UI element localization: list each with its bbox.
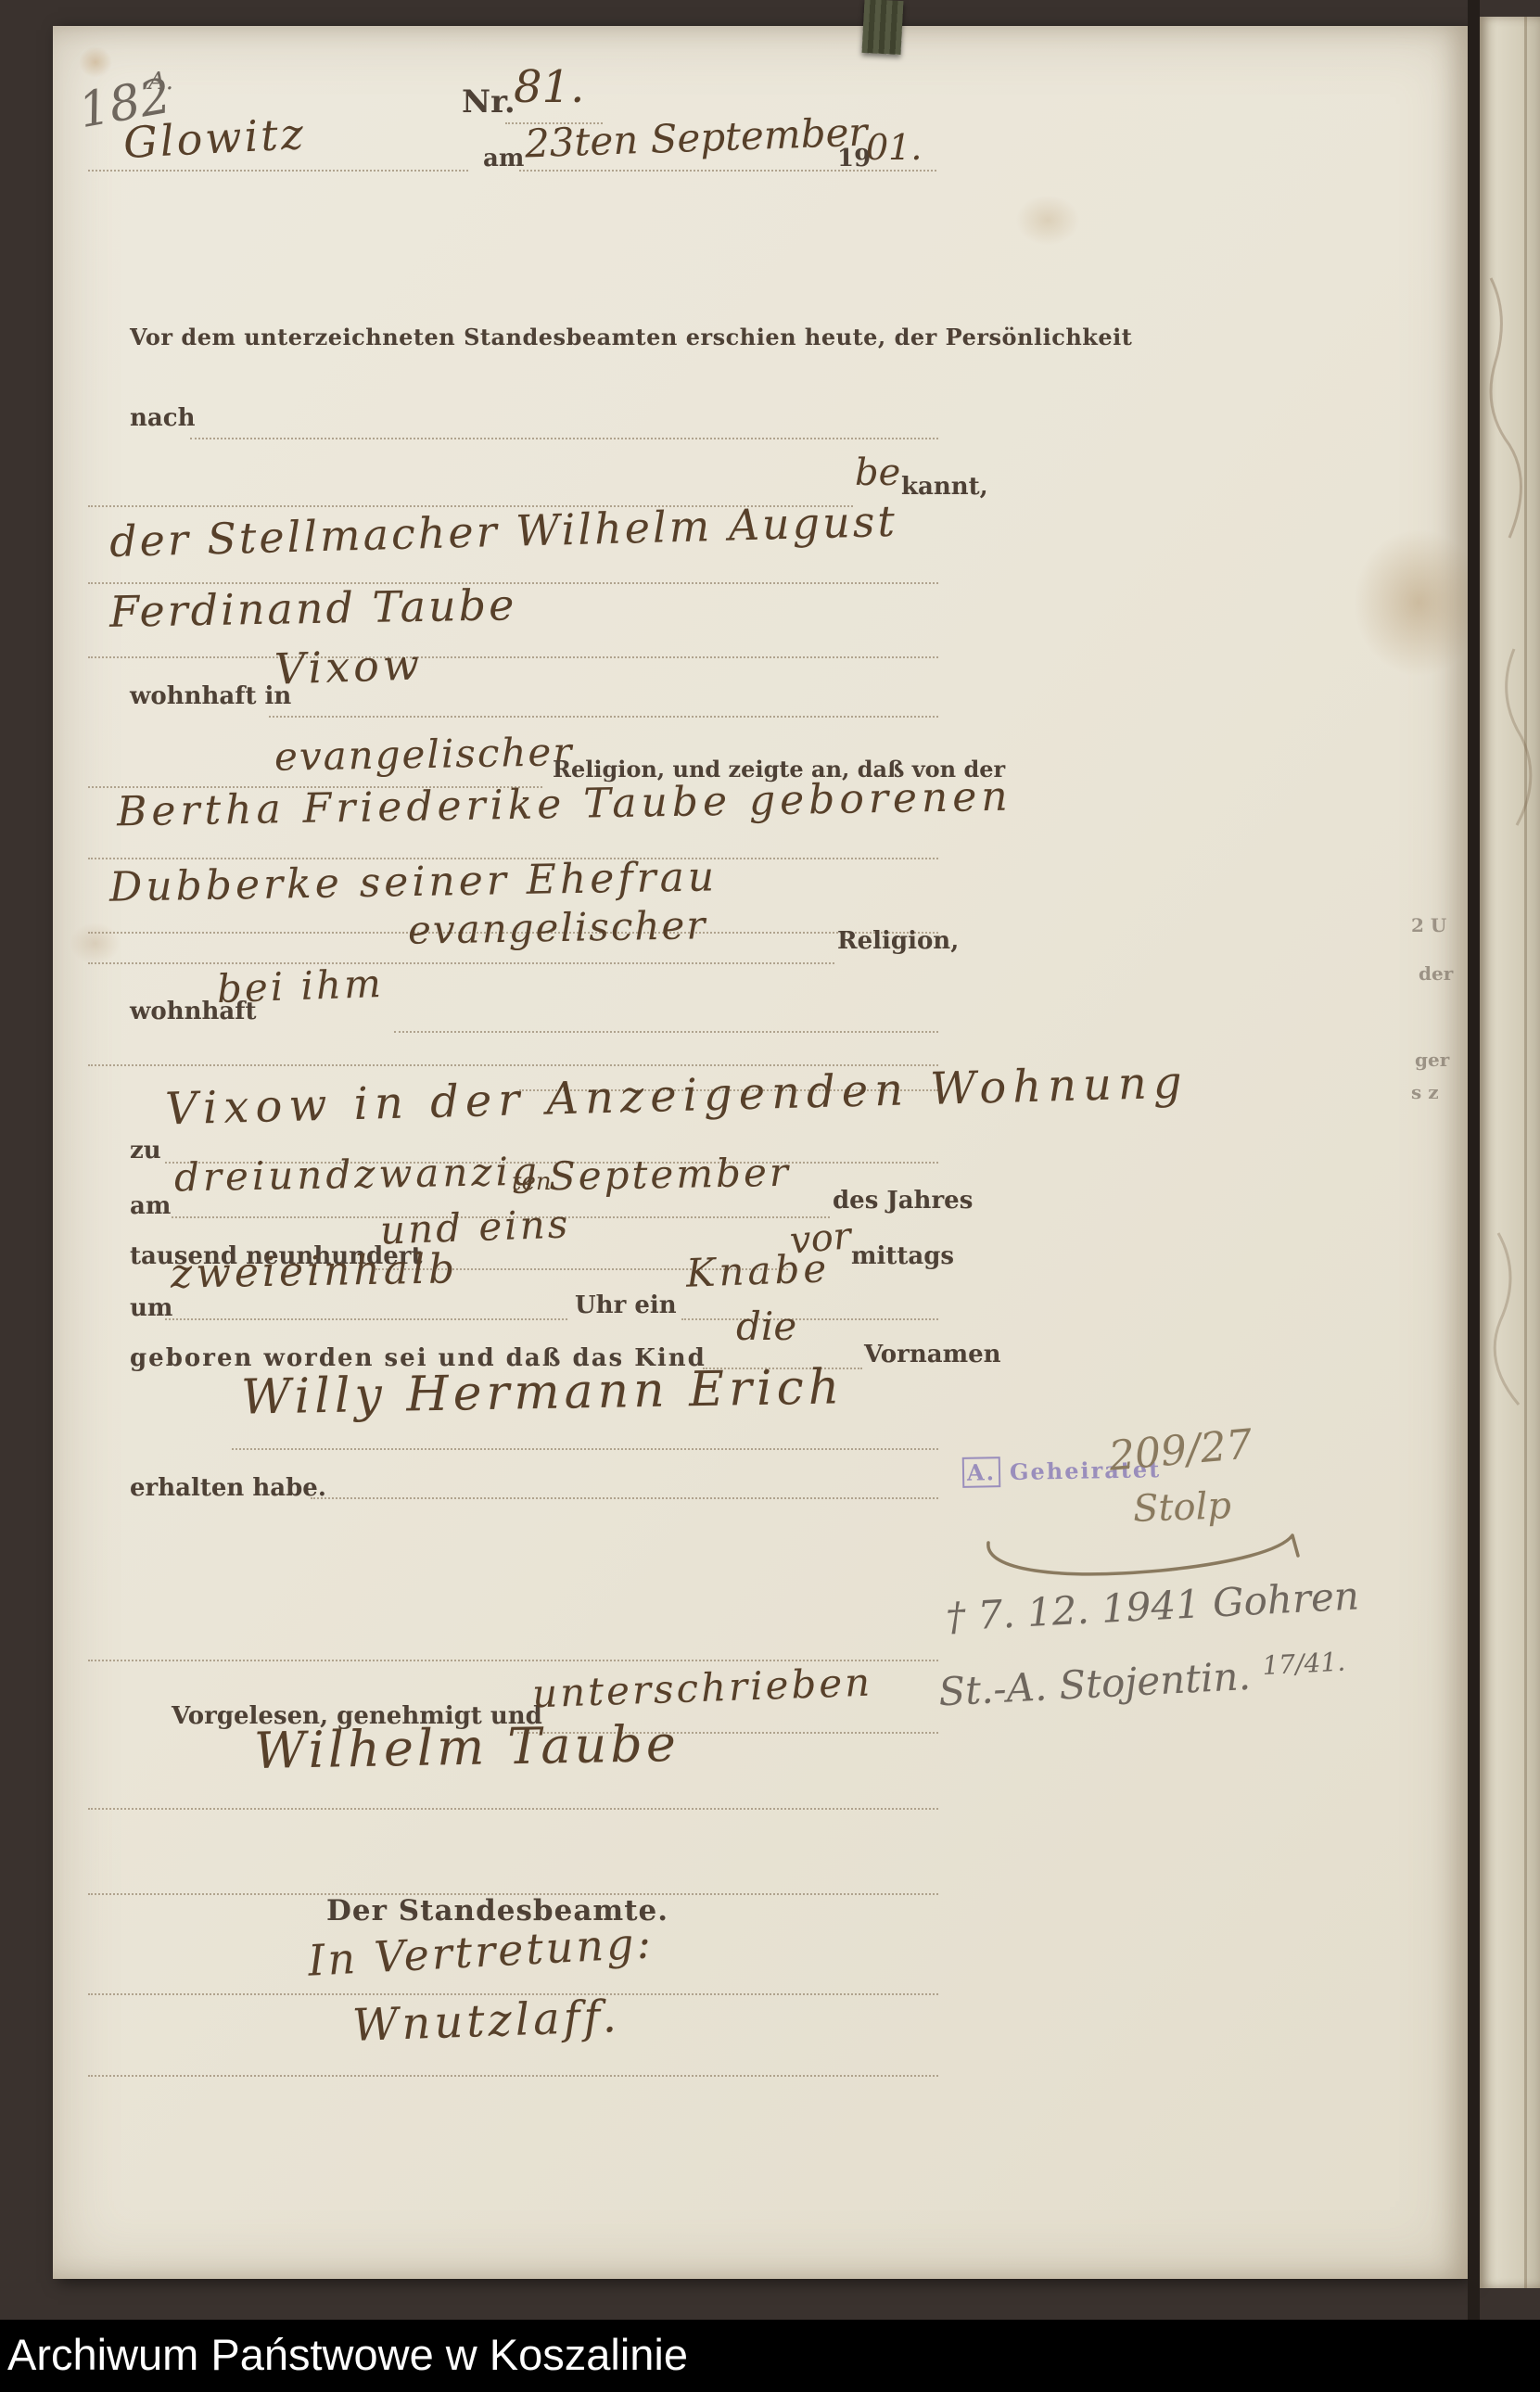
dotted-line xyxy=(165,1318,567,1320)
religion1-value: evangelischer xyxy=(274,732,574,777)
date-value: 23ten September xyxy=(524,113,868,164)
scanned-registry-page: A. 182 Nr. 81. Glowitz am 23ten Septembe… xyxy=(0,0,1540,2392)
place-value: Glowitz xyxy=(122,112,307,164)
record-number-value: 81. xyxy=(514,65,584,109)
um-label: um xyxy=(130,1296,172,1320)
intro-line: Vor dem unterzeichneten Standesbeamten e… xyxy=(130,326,1132,349)
bleed-fragment: 2 U xyxy=(1411,916,1446,935)
marriage-ref: 209/27 xyxy=(1107,1424,1254,1477)
nach-label: nach xyxy=(130,406,195,430)
record-number-label: Nr. xyxy=(462,86,515,118)
residence2-value: bei ihm xyxy=(216,964,384,1009)
page-gutter-shadow xyxy=(1468,0,1480,2322)
closing-handwritten: unterschrieben xyxy=(531,1663,872,1714)
zu-label: zu xyxy=(130,1139,161,1163)
bekannt-handwritten: be xyxy=(855,454,900,491)
mittags-printed: mittags xyxy=(851,1244,954,1268)
dotted-line xyxy=(88,656,938,658)
stamp-prefix: A. xyxy=(962,1457,1001,1488)
dotted-line xyxy=(681,1318,938,1320)
child-names-value: Willy Hermann Erich xyxy=(241,1363,845,1421)
dotted-line xyxy=(88,170,468,172)
bleed-fragment: s z xyxy=(1411,1083,1439,1101)
dotted-line xyxy=(88,2075,938,2077)
birth-day-value: dreiundzwanzig xyxy=(174,1152,541,1198)
am-label: am xyxy=(483,146,524,171)
dotted-line xyxy=(232,1448,938,1450)
residence-value: Vixow xyxy=(274,643,424,691)
declarant-line2: Ferdinand Taube xyxy=(109,583,517,633)
dotted-line xyxy=(88,962,834,964)
death-ref: 17/41. xyxy=(1262,1647,1346,1682)
dotted-line xyxy=(311,1497,938,1499)
birth-time-value: zweieinhalb xyxy=(171,1249,459,1294)
birth-day-suffix: ten xyxy=(512,1170,552,1194)
declarant-signature: Wilhelm Taube xyxy=(254,1719,681,1776)
dotted-line xyxy=(519,170,936,172)
am2-label: am xyxy=(130,1194,171,1218)
dotted-line xyxy=(190,438,938,439)
die-hand: die xyxy=(736,1307,796,1346)
vornamen-label: Vornamen xyxy=(864,1342,1001,1367)
bleed-fragment: ger xyxy=(1415,1050,1449,1069)
bleed-through-marks xyxy=(1482,260,1537,1465)
wohnhaft-in-label: wohnhaft in xyxy=(130,684,291,708)
bleed-fragment: der xyxy=(1419,964,1453,983)
religion2-printed: Religion, xyxy=(837,929,959,953)
year-value: 01. xyxy=(866,130,922,165)
erhalten-label: erhalten habe. xyxy=(130,1476,326,1500)
bookmark-ribbon xyxy=(862,0,904,55)
registrar-signature: Wnutzlaff. xyxy=(351,1994,620,2048)
bekannt-printed: kannt, xyxy=(901,475,988,499)
mother-line2: Dubberke seiner Ehefrau xyxy=(109,857,719,908)
dotted-line xyxy=(88,1808,938,1810)
archive-name: Archiwum Państwowe w Koszalinie xyxy=(7,2329,688,2380)
year-words-hand: und eins xyxy=(379,1204,571,1250)
birth-month-value: September xyxy=(549,1153,792,1197)
dotted-line xyxy=(394,1031,938,1033)
religion2-value: evangelischer xyxy=(408,906,707,950)
des-jahres-label: des Jahres xyxy=(833,1189,973,1213)
dotted-line xyxy=(269,716,938,718)
uhr-ein-label: Uhr ein xyxy=(575,1293,677,1317)
child-sex-value: Knabe xyxy=(685,1249,831,1292)
archive-footer-bar: Archiwum Państwowe w Koszalinie xyxy=(0,2320,1540,2392)
